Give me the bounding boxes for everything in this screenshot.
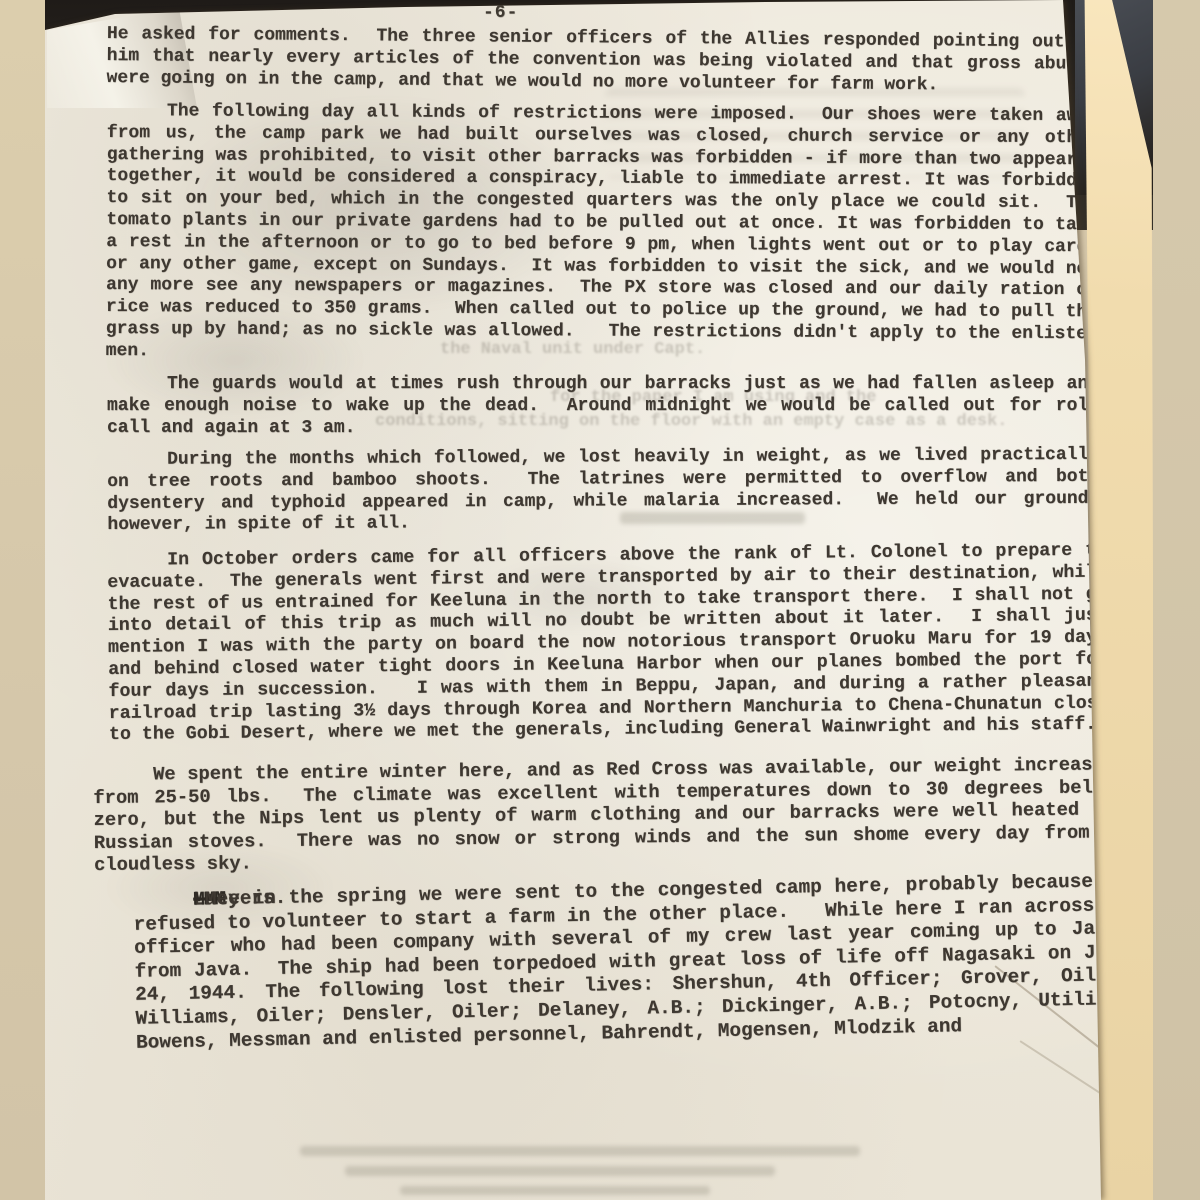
document-page-wrap: the Naval unit under Capt. for the paper… (45, 0, 1110, 1200)
typed-paragraph-6: We spent the entire winter here, and as … (93, 753, 1116, 877)
typed-text-block: He asked for comments. The three senior … (107, 24, 1099, 891)
ghost-blob (345, 1166, 775, 1176)
typed-paragraph-4: During the months which followed, we los… (107, 445, 1099, 537)
ghost-blob (400, 1186, 710, 1195)
typed-paragraph-3: The guards would at times rush through o… (107, 374, 1099, 439)
ghost-blob (300, 1146, 860, 1156)
photo-scene: the Naval unit under Capt. for the paper… (0, 0, 1200, 1200)
document-page: the Naval unit under Capt. for the paper… (45, 0, 1110, 1200)
photo-border-right (1153, 0, 1200, 1200)
photo-border-left (0, 0, 45, 1200)
typed-paragraph-5: In October orders came for all officers … (107, 540, 1109, 747)
typed-paragraph-2: The following day all kinds of restricti… (106, 101, 1099, 368)
paragraph-7-tail: Meyers. (133, 886, 287, 913)
page-number: -6- (483, 3, 518, 23)
typed-paragraph-1: He asked for comments. The three senior … (106, 24, 1099, 98)
